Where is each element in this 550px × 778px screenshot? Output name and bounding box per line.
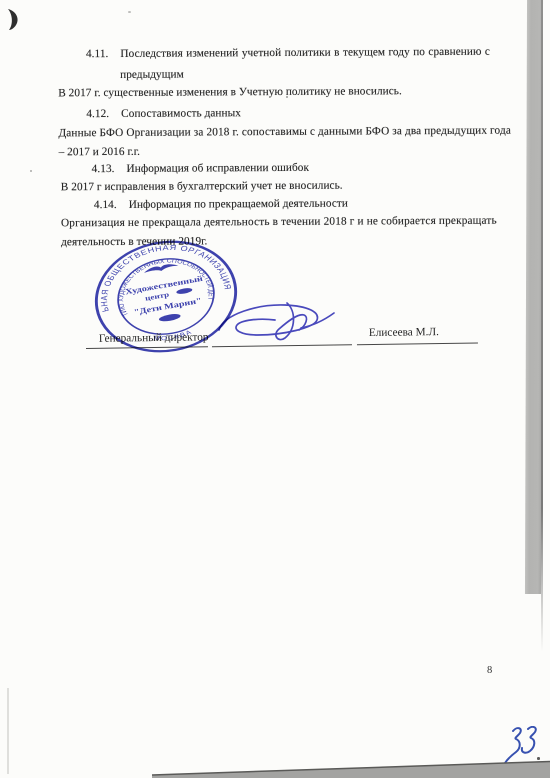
dust-speck [128,11,131,13]
dust-speck [286,96,288,98]
scan-edge-shadow-bottom [0,752,550,778]
document-text-block: 4.11.Последствия изменений учетной полит… [0,0,550,778]
section-heading-412: 4.12.Сопоставимость данных [86,106,241,121]
section-number: 4.14. [94,199,117,211]
stamp-center-line2: центр [145,290,171,302]
dust-speck [537,757,540,760]
scanned-document-page: 4.11.Последствия изменений учетной полит… [0,0,550,778]
stamp-center-line3: "Дети Марии" [133,296,202,316]
page-number: 8 [487,665,492,676]
section-number: 4.13. [92,163,115,175]
section-number: 4.11. [86,48,109,60]
section-heading-414: 4.14.Информация по прекращаемой деятельн… [94,197,348,213]
paragraph: Данные БФО Организации за 2018 г. сопост… [58,124,511,141]
scan-edge-line-left [7,688,9,774]
paragraph: Организация не прекращала деятельность в… [61,214,497,231]
dust-speck [452,52,454,54]
section-heading-411: 4.11.Последствия изменений учетной полит… [86,45,490,61]
section-title: Информация по прекращаемой деятельности [129,198,348,211]
bird-silhouette [158,313,181,323]
section-heading-413: 4.13.Информация об исправлении ошибок [92,161,309,176]
section-number: 4.12. [86,108,109,120]
section-title: Последствия изменений учетной политики в… [120,46,490,60]
signatory-name: Елисеева М.Л. [357,320,478,346]
paragraph: – 2017 и 2016 г.г. [59,145,141,159]
section-title: Информация об исправлении ошибок [126,162,309,175]
stamp-city-text: МОСКВА [152,329,195,345]
paragraph: В 2017 г исправления в бухгалтерский уче… [61,179,343,195]
dust-speck [30,170,32,172]
bird-silhouette [176,287,193,295]
signature-scribble [213,299,341,346]
section-title: Сопоставимость данных [121,107,241,120]
section-title-continuation: предыдущим [120,68,184,82]
scan-edge-line-right [541,0,543,652]
paragraph: В 2017 г. существенные изменения в Учетн… [58,84,402,100]
